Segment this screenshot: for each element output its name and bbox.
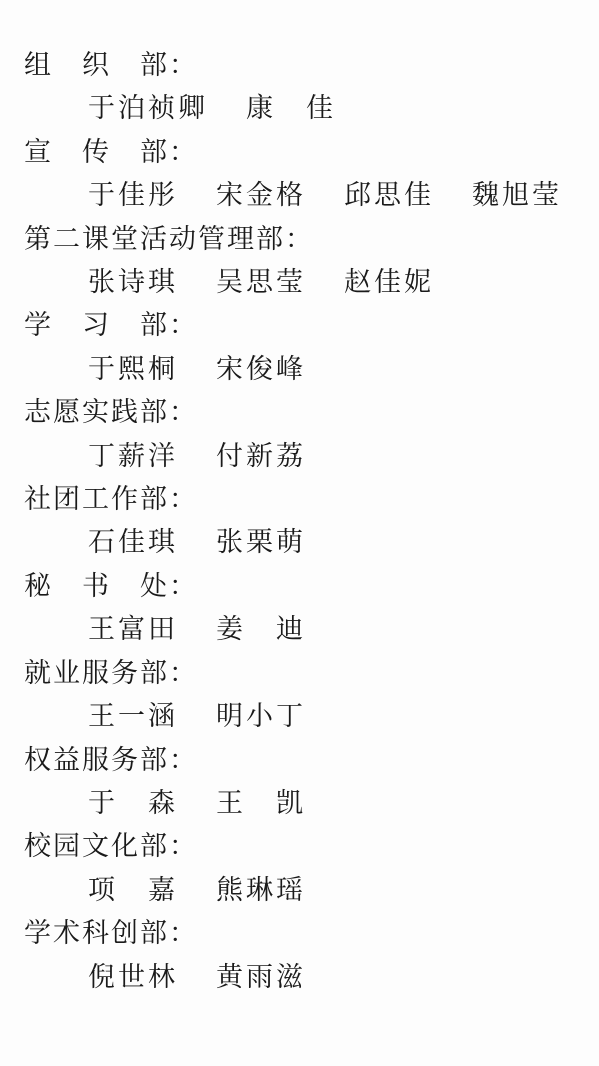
- members-row: 王富田姜 迪: [0, 608, 599, 651]
- member-name: 宋金格: [216, 174, 306, 217]
- members-row: 张诗琪吴思莹赵佳妮: [0, 261, 599, 304]
- department-block: 社团工作部：石佳琪张栗萌: [0, 478, 599, 565]
- member-name: 王富田: [88, 608, 178, 651]
- department-block: 学 习 部：于熙桐宋俊峰: [0, 304, 599, 391]
- member-name: 张诗琪: [88, 261, 178, 304]
- department-name: 学术科创部：: [0, 912, 599, 955]
- member-name: 张栗萌: [216, 521, 306, 564]
- member-name: 倪世林: [88, 956, 178, 999]
- department-block: 校园文化部：项 嘉熊琳瑶: [0, 825, 599, 912]
- members-row: 石佳琪张栗萌: [0, 521, 599, 564]
- department-block: 志愿实践部：丁薪洋付新荔: [0, 391, 599, 478]
- department-name: 宣 传 部：: [0, 131, 599, 174]
- members-row: 于泊祯卿康 佳: [0, 87, 599, 130]
- department-block: 秘 书 处：王富田姜 迪: [0, 565, 599, 652]
- member-name: 付新荔: [216, 435, 306, 478]
- member-name: 邱思佳: [344, 174, 434, 217]
- roster-document: 组 织 部：于泊祯卿康 佳宣 传 部：于佳彤宋金格邱思佳魏旭莹第二课堂活动管理部…: [0, 0, 599, 1066]
- department-name: 权益服务部：: [0, 739, 599, 782]
- department-name: 校园文化部：: [0, 825, 599, 868]
- member-name: 王一涵: [88, 695, 178, 738]
- member-name: 于佳彤: [88, 174, 178, 217]
- department-name: 秘 书 处：: [0, 565, 599, 608]
- department-name: 学 习 部：: [0, 304, 599, 347]
- member-name: 丁薪洋: [88, 435, 178, 478]
- member-name: 赵佳妮: [344, 261, 434, 304]
- member-name: 宋俊峰: [216, 348, 306, 391]
- department-name: 志愿实践部：: [0, 391, 599, 434]
- department-name: 组 织 部：: [0, 44, 599, 87]
- member-name: 熊琳瑶: [216, 869, 306, 912]
- member-name: 于泊祯卿: [88, 87, 208, 130]
- member-name: 项 嘉: [88, 869, 178, 912]
- member-name: 于熙桐: [88, 348, 178, 391]
- members-row: 于 森王 凯: [0, 782, 599, 825]
- member-name: 姜 迪: [216, 608, 306, 651]
- department-block: 就业服务部：王一涵明小丁: [0, 652, 599, 739]
- member-name: 魏旭莹: [472, 174, 562, 217]
- member-name: 王 凯: [216, 782, 306, 825]
- department-block: 宣 传 部：于佳彤宋金格邱思佳魏旭莹: [0, 131, 599, 218]
- department-block: 组 织 部：于泊祯卿康 佳: [0, 44, 599, 131]
- member-name: 黄雨滋: [216, 956, 306, 999]
- members-row: 王一涵明小丁: [0, 695, 599, 738]
- members-row: 项 嘉熊琳瑶: [0, 869, 599, 912]
- members-row: 于佳彤宋金格邱思佳魏旭莹: [0, 174, 599, 217]
- members-row: 于熙桐宋俊峰: [0, 348, 599, 391]
- department-block: 第二课堂活动管理部：张诗琪吴思莹赵佳妮: [0, 218, 599, 305]
- department-block: 权益服务部：于 森王 凯: [0, 739, 599, 826]
- member-name: 康 佳: [246, 87, 336, 130]
- department-name: 社团工作部：: [0, 478, 599, 521]
- department-block: 学术科创部：倪世林黄雨滋: [0, 912, 599, 999]
- member-name: 于 森: [88, 782, 178, 825]
- department-name: 就业服务部：: [0, 652, 599, 695]
- member-name: 吴思莹: [216, 261, 306, 304]
- members-row: 倪世林黄雨滋: [0, 956, 599, 999]
- member-name: 石佳琪: [88, 521, 178, 564]
- department-name: 第二课堂活动管理部：: [0, 218, 599, 261]
- member-name: 明小丁: [216, 695, 306, 738]
- members-row: 丁薪洋付新荔: [0, 435, 599, 478]
